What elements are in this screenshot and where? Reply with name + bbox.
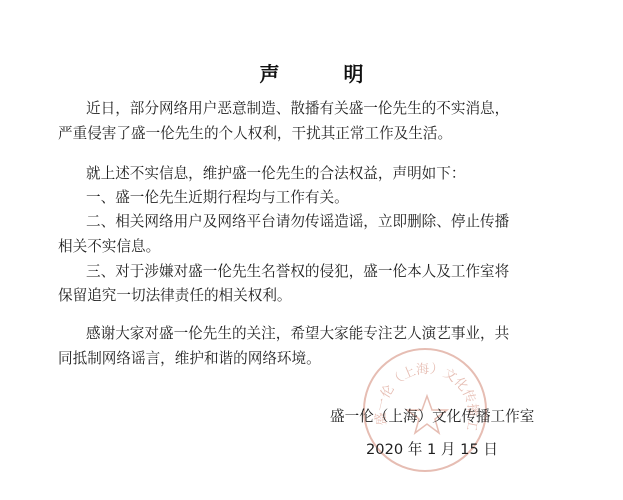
paragraph-line: 感谢大家对盛一伦先生的关注，希望大家能专注艺人演艺事业，共 xyxy=(86,324,509,344)
signature-date: 2020 年 1 月 15 日 xyxy=(366,438,498,459)
paragraph-line: 严重侵害了盛一伦先生的个人权利，干扰其正常工作及生活。 xyxy=(58,124,452,144)
list-item-continuation: 相关不实信息。 xyxy=(58,237,160,257)
list-item: 一、盛一伦先生近期行程均与工作有关。 xyxy=(86,188,349,208)
list-item: 三、对于涉嫌对盛一伦先生名誉权的侵犯，盛一伦本人及工作室将 xyxy=(86,262,509,282)
paragraph-line: 就上述不实信息，维护盛一伦先生的合法权益，声明如下： xyxy=(86,164,465,184)
paragraph-line: 近日，部分网络用户恶意制造、散播有关盛一伦先生的不实消息， xyxy=(86,99,509,119)
list-item: 二、相关网络用户及网络平台请勿传谣造谣，立即删除、停止传播 xyxy=(86,212,509,232)
list-item-continuation: 保留追究一切法律责任的相关权利。 xyxy=(58,286,292,306)
paragraph-line: 同抵制网络谣言，维护和谐的网络环境。 xyxy=(58,349,321,369)
document-title: 声 明 xyxy=(0,58,623,87)
signature-organization: 盛一伦（上海）文化传播工作室 xyxy=(330,405,534,426)
